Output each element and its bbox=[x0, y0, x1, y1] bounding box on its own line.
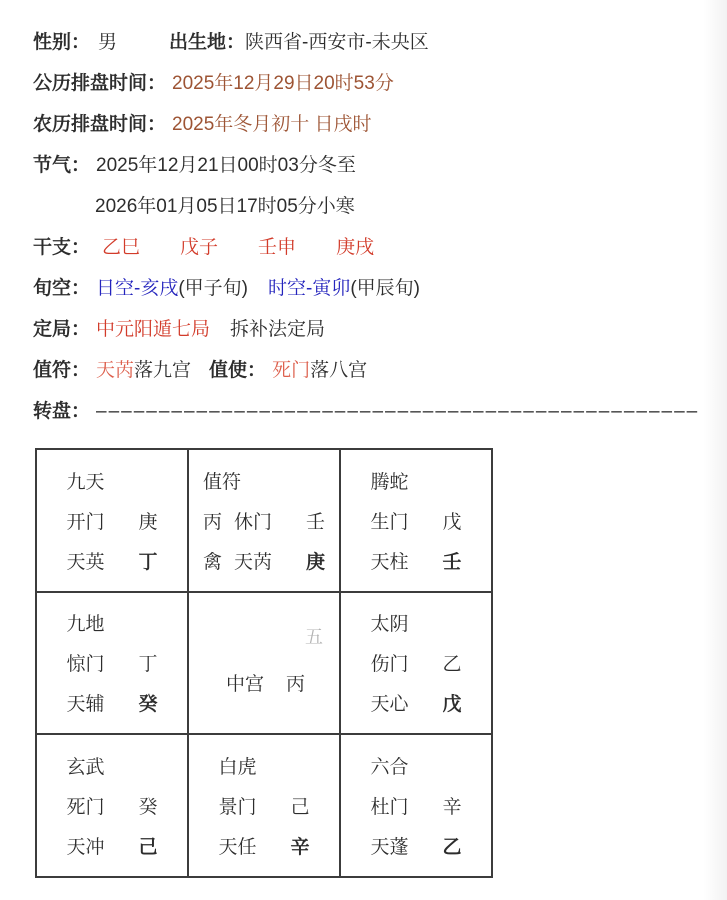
door-line: 生门戊 bbox=[370, 500, 461, 540]
ganzhi-row: 干支：乙巳戊子壬申庚戌 bbox=[33, 227, 723, 268]
door-stem: 壬 bbox=[306, 507, 325, 534]
star-line: 天心戊 bbox=[370, 683, 461, 723]
door-name: 杜门 bbox=[370, 792, 408, 819]
star-line: 天蓬乙 bbox=[370, 826, 461, 866]
dingju-value: 中元阳遁七局 bbox=[96, 319, 210, 340]
lunar-time-value: 2025年冬月初十 日戌时 bbox=[172, 114, 372, 135]
solar-term-row-1: 节气：2025年12月21日00时03分冬至 bbox=[33, 145, 723, 186]
xunkong-row: 旬空：日空-亥戌(甲子旬)时空-寅卯(甲辰旬) bbox=[33, 268, 723, 309]
zhishi-suffix: 落八宫 bbox=[310, 360, 367, 381]
solar-term-label: 节气： bbox=[33, 155, 90, 176]
zhuanpan-row: 转盘：–––––––––––––––––––––––––––––––––––––… bbox=[33, 391, 723, 432]
profile-row: 性别：男出生地：陕西省-西安市-未央区 bbox=[33, 22, 723, 63]
star-name: 天辅 bbox=[66, 689, 104, 716]
door-line: 开门庚 bbox=[66, 500, 157, 540]
deity-name: 玄武 bbox=[66, 746, 104, 786]
star-name: 天蓬 bbox=[370, 832, 408, 859]
star-line: 天英丁 bbox=[66, 540, 157, 580]
deity-name: 九天 bbox=[66, 460, 104, 500]
gender-label: 性别： bbox=[33, 32, 90, 53]
xunkong-hour-value: 时空-寅卯 bbox=[268, 278, 350, 299]
star-name: 天任 bbox=[218, 832, 256, 859]
xunkong-hour-note: (甲辰旬) bbox=[350, 278, 420, 299]
door-stem: 戊 bbox=[443, 507, 462, 534]
ganzhi-year: 乙巳 bbox=[102, 237, 140, 258]
birthplace-label: 出生地： bbox=[169, 32, 245, 53]
qimen-nine-palace-grid: 九天 开门庚 天英丁 值符 丙休门壬 禽天芮庚 bbox=[35, 448, 493, 878]
xunkong-day-note: (甲子旬) bbox=[178, 278, 248, 299]
star-name: 天冲 bbox=[66, 832, 104, 859]
star-name: 天英 bbox=[66, 547, 104, 574]
star-line: 天辅癸 bbox=[66, 683, 157, 723]
door-name: 伤门 bbox=[370, 649, 408, 676]
deity-name: 值符 bbox=[203, 460, 241, 500]
lunar-time-row: 农历排盘时间：2025年冬月初十 日戌时 bbox=[33, 104, 723, 145]
deity-name: 九地 bbox=[66, 603, 104, 643]
door-name: 景门 bbox=[218, 792, 256, 819]
palace-cell-top-middle: 值符 丙休门壬 禽天芮庚 bbox=[188, 449, 340, 592]
star-stem: 壬 bbox=[443, 547, 462, 574]
deity-name: 太阴 bbox=[370, 603, 408, 643]
door-line: 丙休门壬 bbox=[203, 500, 325, 540]
solar-time-label: 公历排盘时间： bbox=[33, 73, 166, 94]
star-line: 禽天芮庚 bbox=[203, 540, 325, 580]
ganzhi-hour: 庚戌 bbox=[336, 237, 374, 258]
door-stem: 庚 bbox=[139, 507, 158, 534]
zhifu-label: 值符： bbox=[33, 360, 90, 381]
palace-cell-center: 五 中宫丙 bbox=[188, 592, 340, 735]
ganzhi-day: 壬申 bbox=[258, 237, 296, 258]
palace-cell-middle-right: 太阴 伤门乙 天心戊 bbox=[340, 592, 492, 735]
door-stem: 己 bbox=[291, 792, 310, 819]
door-line: 景门己 bbox=[218, 786, 309, 826]
door-line: 伤门乙 bbox=[370, 643, 461, 683]
birthplace-value: 陕西省-西安市-未央区 bbox=[245, 32, 429, 53]
lunar-time-label: 农历排盘时间： bbox=[33, 114, 166, 135]
zhuanpan-divider: ––––––––––––––––––––––––––––––––––––––––… bbox=[96, 401, 699, 422]
zhuanpan-label: 转盘： bbox=[33, 401, 90, 422]
star-name: 天柱 bbox=[370, 547, 408, 574]
gender-value: 男 bbox=[98, 32, 117, 53]
door-name: 死门 bbox=[66, 792, 104, 819]
door-stem: 辛 bbox=[443, 792, 462, 819]
palace-cell-bottom-middle: 白虎 景门己 天任辛 bbox=[188, 734, 340, 877]
star-stem: 庚 bbox=[306, 547, 325, 574]
door-line: 惊门丁 bbox=[66, 643, 157, 683]
star-stem: 己 bbox=[139, 832, 158, 859]
solar-term-row-2: 2026年01月05日17时05分小寒 bbox=[33, 186, 723, 227]
zhishi-value: 死门 bbox=[272, 360, 310, 381]
star-stem: 辛 bbox=[291, 832, 310, 859]
chart-info-block: 性别：男出生地：陕西省-西安市-未央区 公历排盘时间：2025年12月29日20… bbox=[33, 22, 723, 432]
star-line: 天任辛 bbox=[218, 826, 309, 866]
deity-name: 腾蛇 bbox=[370, 460, 408, 500]
zhishi-label: 值使： bbox=[209, 360, 266, 381]
ganzhi-month: 戊子 bbox=[180, 237, 218, 258]
palace-cell-bottom-left: 玄武 死门癸 天冲己 bbox=[36, 734, 188, 877]
palace-cell-bottom-right: 六合 杜门辛 天蓬乙 bbox=[340, 734, 492, 877]
zhifu-suffix: 落九宫 bbox=[134, 360, 191, 381]
star-line: 天冲己 bbox=[66, 826, 157, 866]
star-line: 天柱壬 bbox=[370, 540, 461, 580]
star-stem: 丁 bbox=[139, 547, 158, 574]
solar-term-winter-solstice: 2025年12月21日00时03分冬至 bbox=[96, 155, 356, 176]
ganzhi-label: 干支： bbox=[33, 237, 90, 258]
star-stem: 乙 bbox=[443, 832, 462, 859]
star-name: 天心 bbox=[370, 689, 408, 716]
solar-time-value: 2025年12月29日20时53分 bbox=[172, 73, 394, 94]
xunkong-day-value: 日空-亥戌 bbox=[96, 278, 178, 299]
solar-time-row: 公历排盘时间：2025年12月29日20时53分 bbox=[33, 63, 723, 104]
star-stem: 癸 bbox=[139, 689, 158, 716]
palace-name: 中宫 bbox=[226, 669, 264, 696]
solar-term-minor-cold: 2026年01月05日17时05分小寒 bbox=[95, 196, 355, 217]
door-stem: 癸 bbox=[139, 792, 158, 819]
zhifu-value: 天芮 bbox=[96, 360, 134, 381]
xunkong-label: 旬空： bbox=[33, 278, 90, 299]
dingju-label: 定局： bbox=[33, 319, 90, 340]
dingju-row: 定局：中元阳遁七局拆补法定局 bbox=[33, 309, 723, 350]
center-palace-line: 中宫丙 bbox=[226, 663, 305, 703]
palace-stem: 丙 bbox=[286, 669, 305, 696]
door-prefix-stem: 丙 bbox=[203, 507, 222, 534]
door-name: 开门 bbox=[66, 507, 104, 534]
qimen-chart-page: 性别：男出生地：陕西省-西安市-未央区 公历排盘时间：2025年12月29日20… bbox=[0, 0, 727, 900]
door-stem: 丁 bbox=[139, 649, 158, 676]
dingju-method: 拆补法定局 bbox=[230, 319, 325, 340]
deity-name: 六合 bbox=[370, 746, 408, 786]
door-stem: 乙 bbox=[443, 649, 462, 676]
palace-cell-top-left: 九天 开门庚 天英丁 bbox=[36, 449, 188, 592]
door-name: 生门 bbox=[370, 507, 408, 534]
star-stem: 戊 bbox=[443, 689, 462, 716]
palace-cell-middle-left: 九地 惊门丁 天辅癸 bbox=[36, 592, 188, 735]
star-prefix-qin: 禽 bbox=[203, 547, 222, 574]
door-line: 死门癸 bbox=[66, 786, 157, 826]
zhifu-zhishi-row: 值符：天芮落九宫值使：死门落八宫 bbox=[33, 350, 723, 391]
door-name: 惊门 bbox=[66, 649, 104, 676]
door-line: 杜门辛 bbox=[370, 786, 461, 826]
star-name: 天芮 bbox=[234, 547, 272, 574]
door-name: 休门 bbox=[234, 507, 272, 534]
deity-name: 白虎 bbox=[218, 746, 256, 786]
palace-cell-top-right: 腾蛇 生门戊 天柱壬 bbox=[340, 449, 492, 592]
palace-number: 五 bbox=[305, 623, 323, 649]
